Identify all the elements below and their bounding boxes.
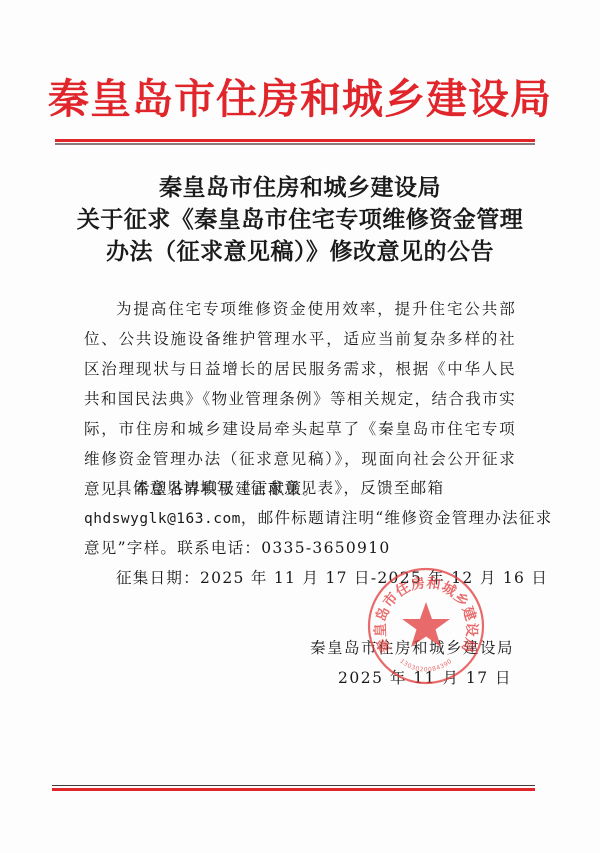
footer-rule-red — [52, 788, 535, 791]
masthead-org-name: 秦皇岛市住房和城乡建设局 — [0, 76, 600, 122]
title-line-2: 关于征求《秦皇岛市住宅专项维修资金管理 — [0, 204, 600, 236]
email-subject-note: ，邮件标题请注明“维修资金管理办法征求 — [241, 509, 553, 527]
seal-serial: 1303020084390 — [398, 658, 453, 674]
title-line-1: 秦皇岛市住房和城乡建设局 — [0, 172, 600, 204]
masthead-rule-red — [55, 139, 535, 142]
feedback-email[interactable]: qhdswyglk@163.com — [84, 511, 241, 527]
masthead-rule-gray — [55, 143, 535, 145]
footer-rule-dark — [52, 785, 535, 786]
official-seal: 秦皇岛市住房和城乡建设局 1303020084390 — [366, 566, 486, 686]
body-paragraph-2-line-2: qhdswyglk@163.com，邮件标题请注明“维修资金管理办法征求 — [84, 503, 553, 534]
title-line-3: 办法（征求意见稿）》修改意见的公告 — [0, 236, 600, 268]
star-icon — [402, 602, 450, 647]
body-paragraph-2-line-3: 意见”字样。联系电话：0335-3650910 — [84, 533, 391, 563]
svg-text:1303020084390: 1303020084390 — [398, 658, 453, 674]
body-paragraph-2-line-1: 具体意见请填写《征求意见表》，反馈至邮箱 — [116, 473, 444, 503]
